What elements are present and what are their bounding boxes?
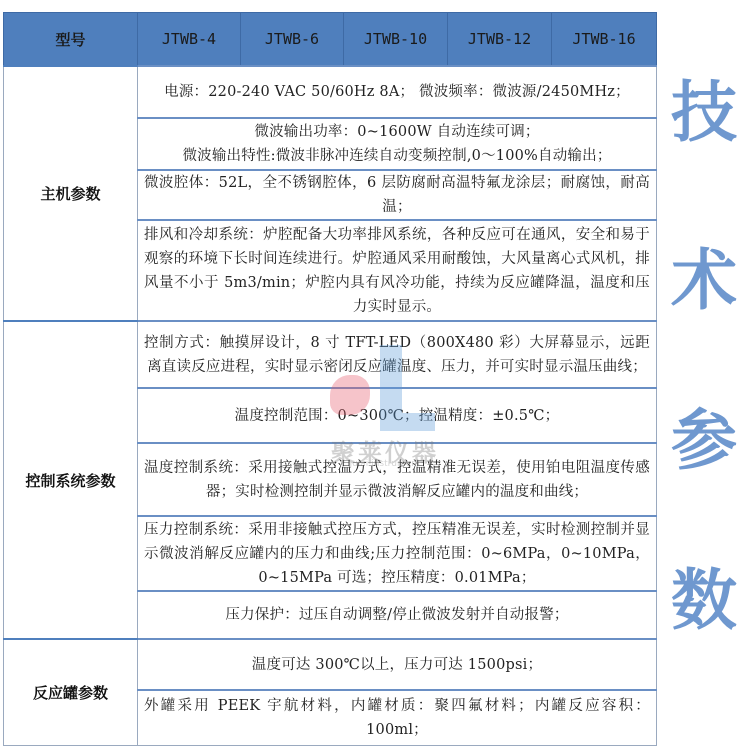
table-row: 控制系统参数 控制方式：触摸屏设计，8 寸 TFT-LED（800X480 彩）… (4, 321, 657, 388)
spec-exhaust-cooling: 排风和冷却系统：炉腔配备大功率排风系统，各种反应可在通风，安全和易于观察的环境下… (138, 220, 657, 321)
spec-pressure-protection: 压力保护：过压自动调整/停止微波发射并自动报警； (138, 591, 657, 639)
header-row: 型号 JTWB-4 JTWB-6 JTWB-10 JTWB-12 JTWB-16 (4, 13, 657, 67)
model-jtwb-4: JTWB-4 (138, 13, 241, 67)
group-control-params: 控制系统参数 (4, 321, 138, 639)
side-title-char: 参 (664, 408, 744, 474)
table-row: 主机参数 电源：220-240 VAC 50/60Hz 8A； 微波频率：微波源… (4, 66, 657, 118)
spec-pressure-control: 压力控制系统：采用非接触式控压方式，控压精准无误差，实时检测控制并显示微波消解反… (138, 516, 657, 591)
side-title-char: 数 (664, 568, 744, 634)
model-jtwb-10: JTWB-10 (344, 13, 448, 67)
spec-vessel-material: 外罐采用 PEEK 宇航材料，内罐材质：聚四氟材料；内罐反应容积：100ml； (138, 690, 657, 745)
model-label: 型号 (4, 13, 138, 67)
group-host-params: 主机参数 (4, 66, 138, 321)
side-title-char: 术 (664, 248, 744, 314)
spec-vessel-limits: 温度可达 300℃以上，压力可达 1500psi； (138, 639, 657, 690)
spec-microwave-output: 微波输出功率：0~1600W 自动连续可调； 微波输出特性:微波非脉冲连续自动变… (138, 118, 657, 170)
spec-temp-control: 温度控制系统：采用接触式控温方式，控温精准无误差，使用铂电阻温度传感器；实时检测… (138, 443, 657, 516)
table-row: 反应罐参数 温度可达 300℃以上，压力可达 1500psi； (4, 639, 657, 690)
spec-power: 电源：220-240 VAC 50/60Hz 8A； 微波频率：微波源/2450… (138, 66, 657, 118)
group-vessel-params: 反应罐参数 (4, 639, 138, 745)
spec-control-mode: 控制方式：触摸屏设计，8 寸 TFT-LED（800X480 彩）大屏幕显示，远… (138, 321, 657, 388)
side-title-char: 技 (664, 80, 744, 146)
model-jtwb-16: JTWB-16 (552, 13, 657, 67)
model-jtwb-6: JTWB-6 (241, 13, 344, 67)
spec-temp-range: 温度控制范围：0~300℃；控温精度：±0.5℃； (138, 388, 657, 443)
model-jtwb-12: JTWB-12 (448, 13, 552, 67)
spec-cavity: 微波腔体：52L，全不锈钢腔体，6 层防腐耐高温特氟龙涂层；耐腐蚀，耐高温； (138, 170, 657, 220)
spec-table: 型号 JTWB-4 JTWB-6 JTWB-10 JTWB-12 JTWB-16… (3, 12, 657, 746)
